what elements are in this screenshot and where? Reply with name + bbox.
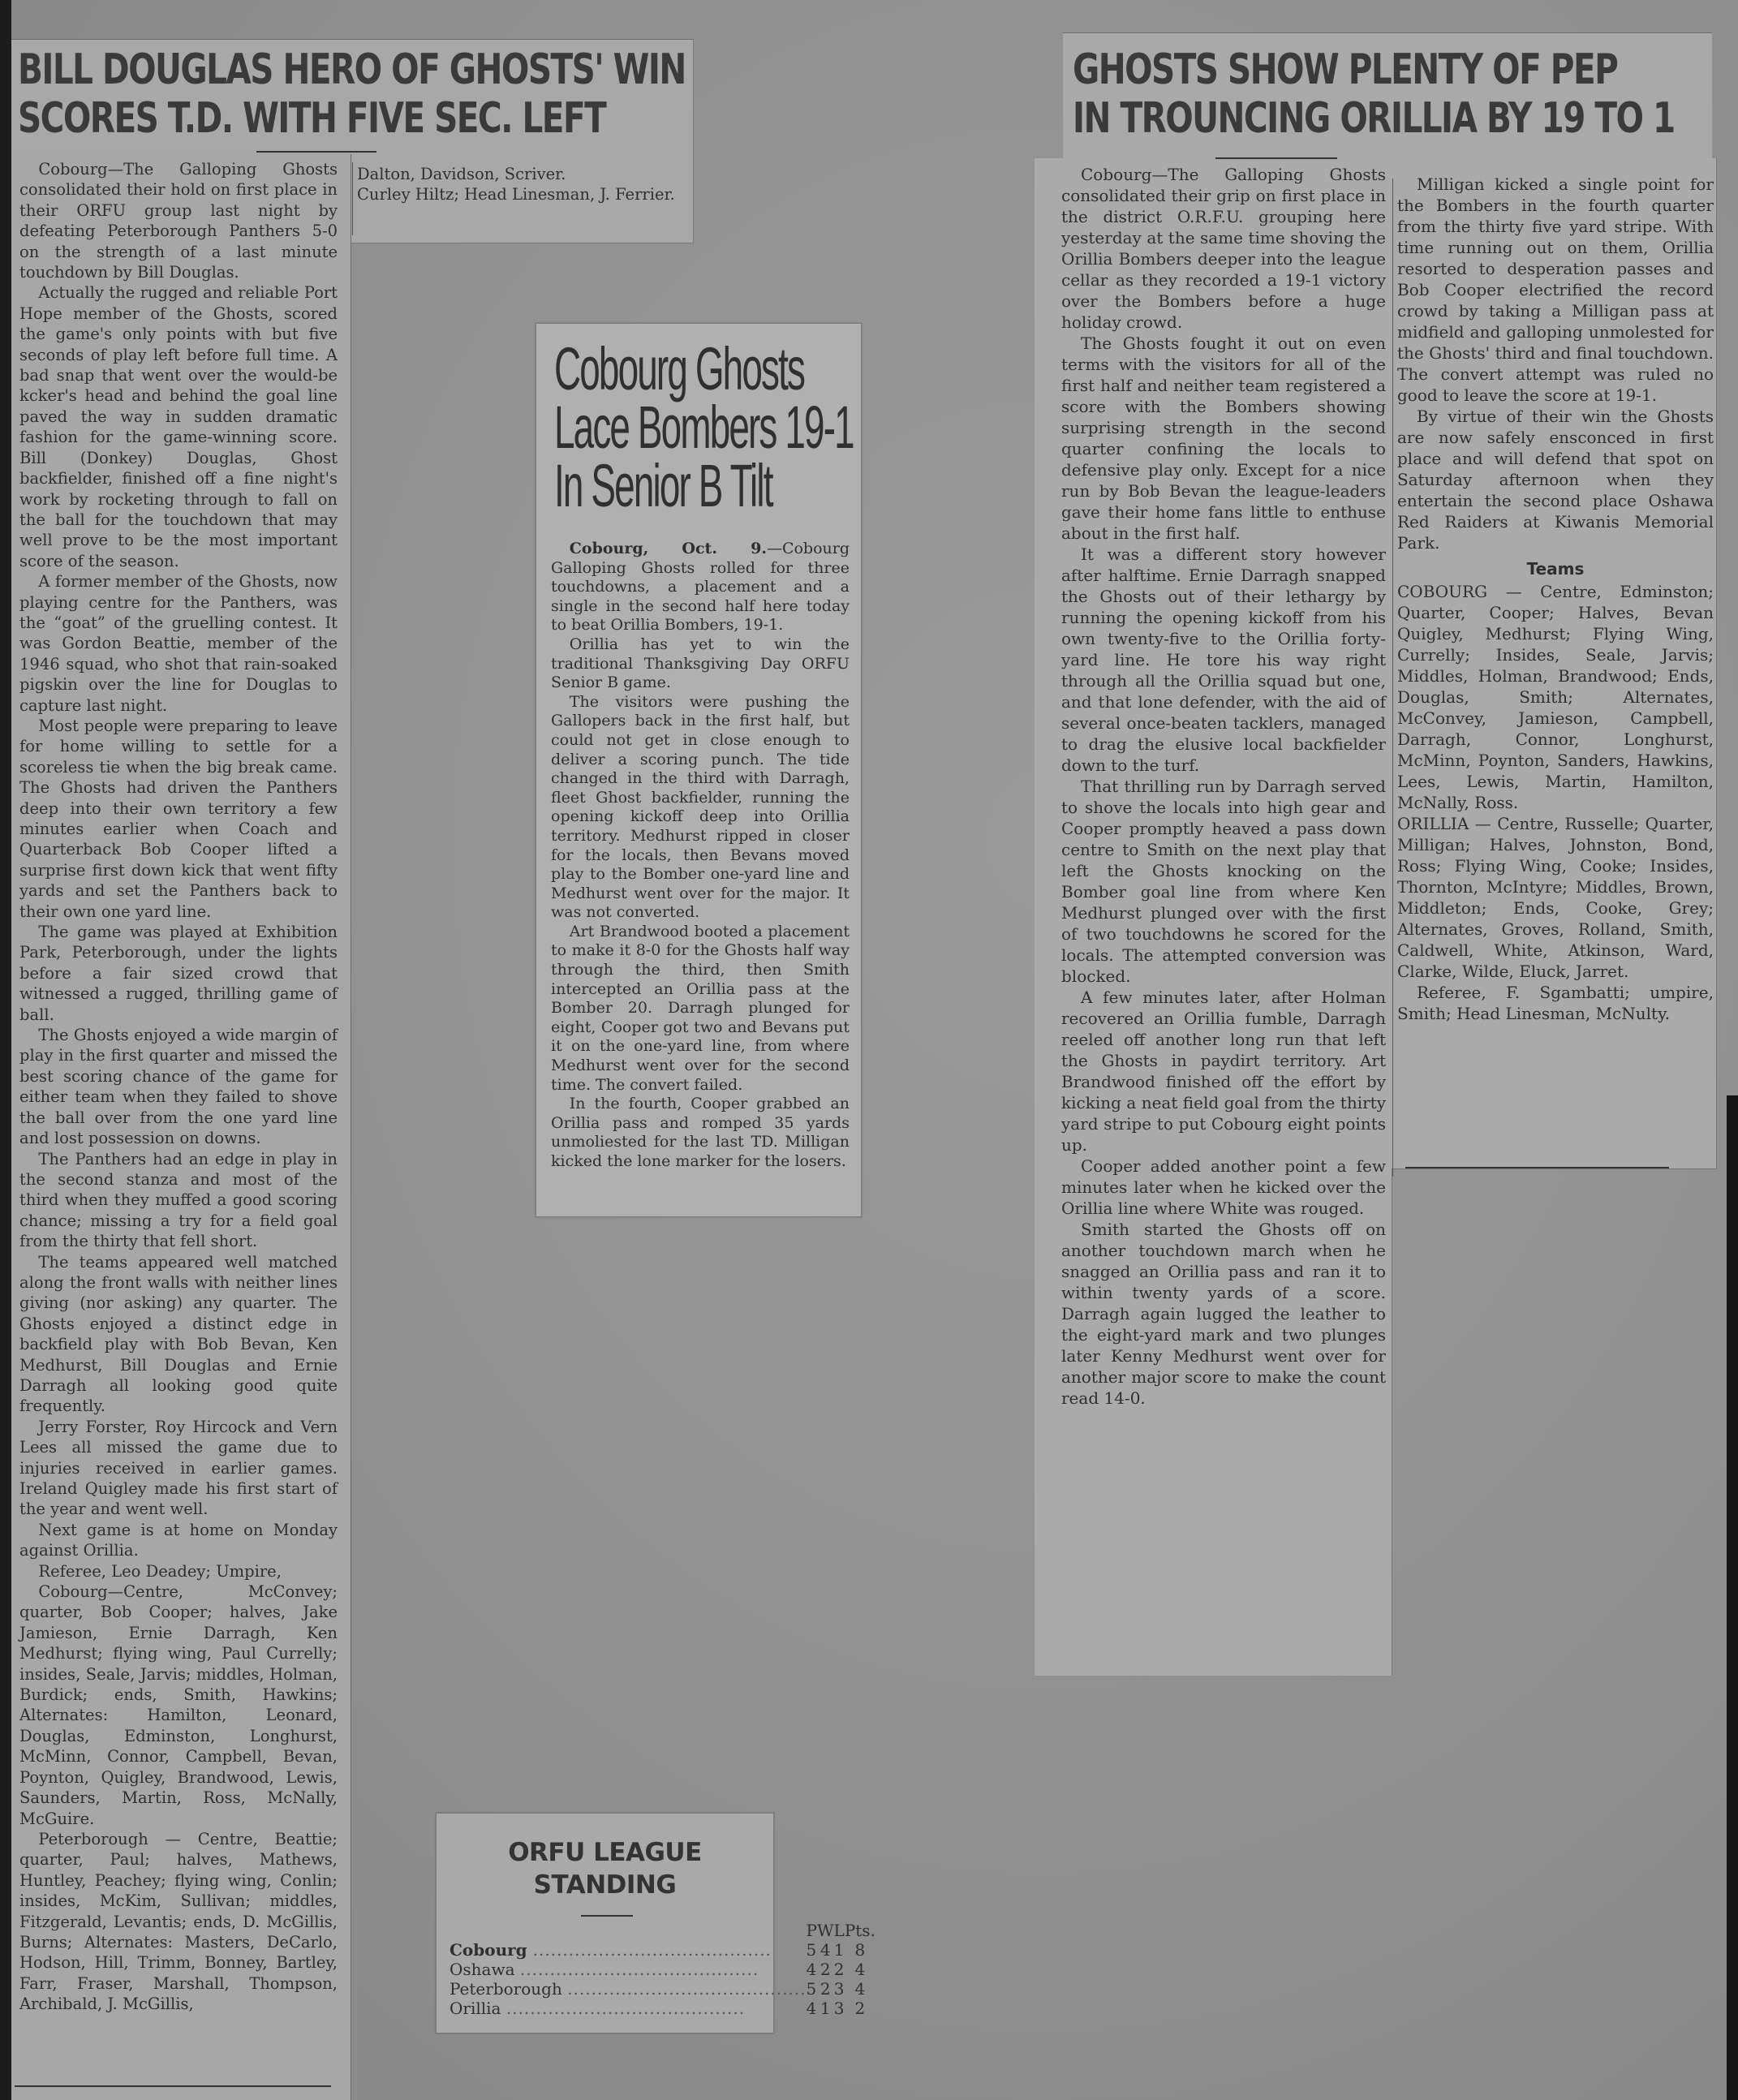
page-edge-left bbox=[0, 0, 11, 2100]
douglas-headline: BILL DOUGLAS HERO OF GHOSTS' WIN SCORES … bbox=[18, 45, 686, 143]
cobourg-lineup: COBOURG — Centre, Edminston; Quarter, Co… bbox=[1397, 581, 1714, 813]
cell-lost: 3 bbox=[834, 1999, 845, 2018]
douglas-headline-line1: BILL DOUGLAS HERO OF GHOSTS' WIN bbox=[18, 45, 686, 94]
pep-headline-rule bbox=[1215, 157, 1337, 159]
dateline: Cobourg, Oct. 9. bbox=[570, 540, 767, 557]
league-standing-clipping: ORFU LEAGUE STANDING P W L Pts. Cobourg … bbox=[436, 1813, 774, 2033]
paragraph: Cobourg—The Galloping Ghosts consolidate… bbox=[1061, 164, 1386, 333]
standings-row: Oshawa .................................… bbox=[450, 1960, 875, 1979]
paragraph: Actually the rugged and reliable Port Ho… bbox=[19, 282, 338, 571]
cell-points: 8 bbox=[845, 1940, 875, 1960]
paragraph: Curley Hiltz; Head Linesman, J. Ferrier. bbox=[357, 184, 678, 204]
header-won: W bbox=[817, 1921, 834, 1940]
paragraph: Milligan kicked a single point for the B… bbox=[1397, 174, 1714, 406]
bombers-headline-line3: In Senior B Tilt bbox=[554, 457, 854, 515]
paragraph: Cooper added another point a few minutes… bbox=[1061, 1155, 1386, 1219]
cell-points: 4 bbox=[845, 1960, 875, 1979]
standings-row: Peterborough ...........................… bbox=[450, 1979, 875, 1999]
team-name: Peterborough ...........................… bbox=[450, 1979, 807, 1999]
pep-bottom-rule bbox=[1405, 1167, 1669, 1168]
douglas-bottom-rule bbox=[15, 2085, 331, 2087]
orillia-lineup: ORILLIA — Centre, Russelle; Quarter, Mil… bbox=[1397, 813, 1714, 982]
standing-title: ORFU LEAGUE STANDING bbox=[437, 1836, 773, 1901]
standing-title-line1: ORFU LEAGUE bbox=[437, 1836, 773, 1869]
paragraph: Art Brandwood booted a placement to make… bbox=[551, 923, 850, 1095]
paragraph: The teams appeared well matched along th… bbox=[19, 1252, 338, 1417]
header-played: P bbox=[807, 1921, 817, 1940]
standing-rule bbox=[581, 1915, 633, 1917]
bombers-clipping: Cobourg Ghosts Lace Bombers 19-1 In Seni… bbox=[536, 323, 862, 1217]
paragraph: The Ghosts enjoyed a wide margin of play… bbox=[19, 1025, 338, 1148]
paragraph: Orillia has yet to win the traditional T… bbox=[551, 635, 850, 693]
cell-played: 5 bbox=[807, 1940, 817, 1960]
team-name: Oshawa .................................… bbox=[450, 1960, 807, 1979]
cell-played: 5 bbox=[807, 1979, 817, 1999]
standings-header-row: P W L Pts. bbox=[450, 1921, 875, 1940]
pep-headline-line2: IN TROUNCING ORILLIA BY 19 TO 1 bbox=[1073, 94, 1675, 143]
bombers-headline-line2: Lace Bombers 19-1 bbox=[554, 398, 854, 457]
cell-won: 4 bbox=[817, 1940, 834, 1960]
bombers-body: Cobourg, Oct. 9.—Cobourg Galloping Ghost… bbox=[551, 540, 850, 1172]
paragraph: That thrilling run by Darragh served to … bbox=[1061, 776, 1386, 987]
paragraph: A few minutes later, after Holman recove… bbox=[1061, 987, 1386, 1155]
douglas-headline-line2: SCORES T.D. WITH FIVE SEC. LEFT bbox=[18, 94, 686, 143]
paragraph: Jerry Forster, Roy Hircock and Vern Lees… bbox=[19, 1417, 338, 1520]
douglas-column-2: Dalton, Davidson, Scriver. Curley Hiltz;… bbox=[357, 164, 678, 205]
header-points: Pts. bbox=[845, 1921, 875, 1940]
cell-lost: 1 bbox=[834, 1940, 845, 1960]
officials-line: Referee, F. Sgambatti; umpire, Smith; He… bbox=[1397, 982, 1714, 1024]
teams-heading: Teams bbox=[1397, 558, 1714, 579]
paragraph: It was a different story however after h… bbox=[1061, 544, 1386, 776]
standings-row: Orillia ................................… bbox=[450, 1999, 875, 2018]
cell-points: 2 bbox=[845, 1999, 875, 2018]
paragraph: Dalton, Davidson, Scriver. bbox=[357, 164, 678, 184]
paragraph: Smith started the Ghosts off on another … bbox=[1061, 1219, 1386, 1409]
cell-lost: 3 bbox=[834, 1979, 845, 1999]
douglas-column-divider bbox=[352, 162, 353, 235]
paragraph: The game was played at Exhibition Park, … bbox=[19, 922, 338, 1025]
bombers-headline-line1: Cobourg Ghosts bbox=[554, 340, 854, 398]
paragraph: By virtue of their win the Ghosts are no… bbox=[1397, 406, 1714, 553]
cell-won: 1 bbox=[817, 1999, 834, 2018]
standing-title-line2: STANDING bbox=[437, 1869, 773, 1901]
standings-row: Cobourg ................................… bbox=[450, 1940, 875, 1960]
page-edge-right bbox=[1727, 1095, 1738, 2100]
cell-won: 2 bbox=[817, 1960, 834, 1979]
pep-column-divider bbox=[1392, 179, 1393, 1177]
pep-column-1: Cobourg—The Galloping Ghosts consolidate… bbox=[1061, 164, 1386, 1409]
cell-played: 4 bbox=[807, 1960, 817, 1979]
cell-lost: 2 bbox=[834, 1960, 845, 1979]
pep-headline-line1: GHOSTS SHOW PLENTY OF PEP bbox=[1073, 45, 1675, 94]
paragraph: Next game is at home on Monday against O… bbox=[19, 1520, 338, 1561]
paragraph: Cobourg—The Galloping Ghosts consolidate… bbox=[19, 159, 338, 282]
paragraph: The Panthers had an edge in play in the … bbox=[19, 1149, 338, 1252]
cell-points: 4 bbox=[845, 1979, 875, 1999]
team-name: Cobourg ................................… bbox=[450, 1940, 807, 1960]
peterborough-lineup: Peterborough — Centre, Beattie; quarter,… bbox=[19, 1829, 338, 2015]
paragraph: The visitors were pushing the Gallopers … bbox=[551, 693, 850, 923]
team-name: Orillia ................................… bbox=[450, 1999, 807, 2018]
cell-played: 4 bbox=[807, 1999, 817, 2018]
douglas-column-1: Cobourg—The Galloping Ghosts consolidate… bbox=[19, 159, 338, 2015]
paragraph: Most people were preparing to leave for … bbox=[19, 716, 338, 922]
paragraph: The Ghosts fought it out on even terms w… bbox=[1061, 333, 1386, 544]
cobourg-lineup: Cobourg—Centre, McConvey; quarter, Bob C… bbox=[19, 1581, 338, 1829]
officials-line: Referee, Leo Deadey; Umpire, bbox=[19, 1561, 338, 1581]
header-lost: L bbox=[834, 1921, 845, 1940]
bombers-headline: Cobourg Ghosts Lace Bombers 19-1 In Seni… bbox=[554, 340, 854, 515]
paragraph: A former member of the Ghosts, now playi… bbox=[19, 571, 338, 716]
paragraph: In the fourth, Cooper grabbed an Orillia… bbox=[551, 1095, 850, 1171]
paragraph: Cobourg, Oct. 9.—Cobourg Galloping Ghost… bbox=[551, 540, 850, 635]
standings-table: P W L Pts. Cobourg .....................… bbox=[450, 1921, 875, 2018]
douglas-headline-rule bbox=[256, 151, 376, 153]
cell-won: 2 bbox=[817, 1979, 834, 1999]
pep-headline: GHOSTS SHOW PLENTY OF PEP IN TROUNCING O… bbox=[1073, 45, 1675, 143]
pep-column-2: Milligan kicked a single point for the B… bbox=[1397, 174, 1714, 1024]
